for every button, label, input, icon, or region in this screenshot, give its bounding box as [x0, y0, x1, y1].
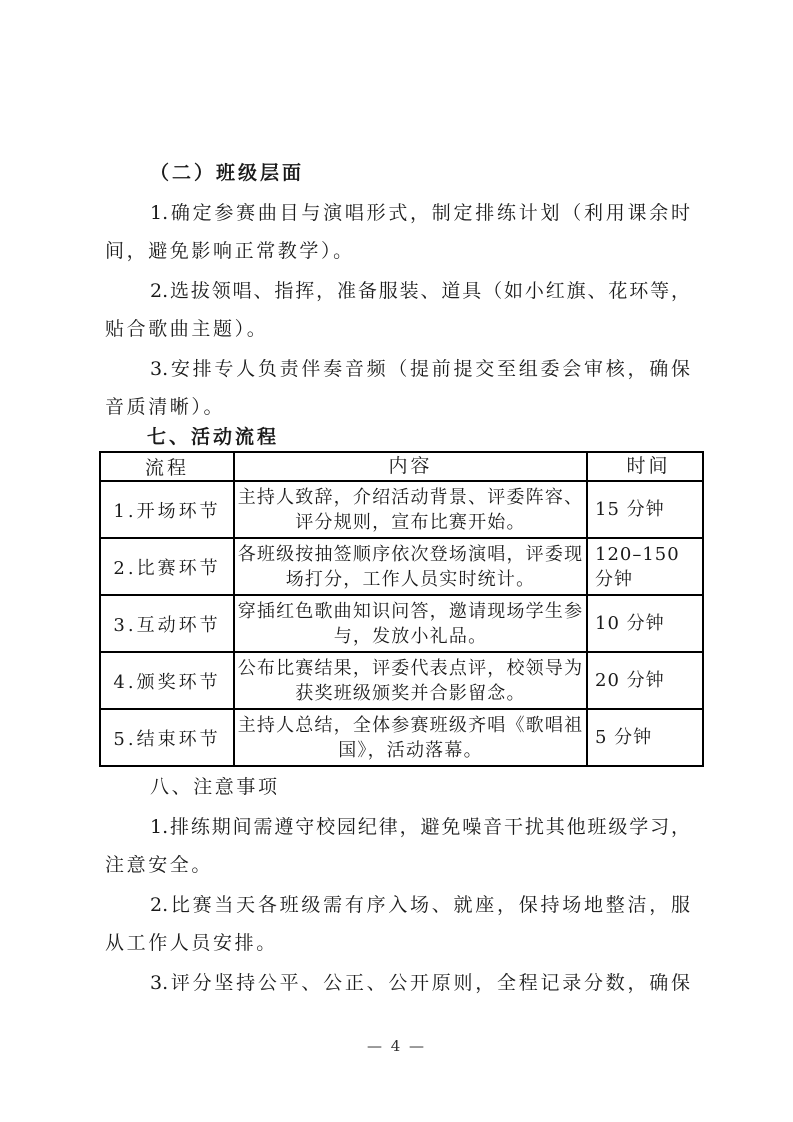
table-row: 5.结束环节 主持人总结，全体参赛班级齐唱《歌唱祖国》，活动落幕。 5 分钟	[100, 709, 703, 766]
content-cell: 主持人致辞，介绍活动背景、评委阵容、评分规则，宣布比赛开始。	[234, 481, 587, 538]
table-row: 3.互动环节 穿插红色歌曲知识问答，邀请现场学生参与，发放小礼品。 10 分钟	[100, 595, 703, 652]
content-cell: 穿插红色歌曲知识问答，邀请现场学生参与，发放小礼品。	[234, 595, 587, 652]
section-heading-notes: 八、注意事项	[150, 775, 280, 799]
column-header-time: 时间	[587, 452, 703, 481]
table-header-row: 流程 内容 时间	[100, 452, 703, 481]
time-cell: 10 分钟	[587, 595, 703, 652]
column-header-stage: 流程	[100, 452, 234, 481]
section-heading-activity-flow: 七、活动流程	[147, 425, 279, 449]
table-row: 2.比赛环节 各班级按抽签顺序依次登场演唱，评委现场打分，工作人员实时统计。 1…	[100, 538, 703, 595]
page-number: — 4 —	[0, 1037, 793, 1055]
activity-flow-table: 流程 内容 时间 1.开场环节 主持人致辞，介绍活动背景、评委阵容、评分规则，宣…	[99, 451, 704, 767]
note-item-1-line1: 1.排练期间需遵守校园纪律，避免噪音干扰其他班级学习，	[150, 815, 690, 839]
time-cell: 120–150 分钟	[587, 538, 703, 595]
content-cell: 各班级按抽签顺序依次登场演唱，评委现场打分，工作人员实时统计。	[234, 538, 587, 595]
class-item-3-line2: 音质清晰）。	[105, 395, 225, 419]
class-item-3-line1: 3.安排专人负责伴奏音频（提前提交至组委会审核，确保	[150, 357, 690, 381]
stage-cell: 1.开场环节	[100, 481, 234, 538]
class-item-2-line2: 贴合歌曲主题）。	[105, 317, 268, 341]
stage-cell: 3.互动环节	[100, 595, 234, 652]
table-row: 4.颁奖环节 公布比赛结果，评委代表点评，校领导为获奖班级颁奖并合影留念。 20…	[100, 652, 703, 709]
note-item-2-line1: 2.比赛当天各班级需有序入场、就座，保持场地整洁，服	[150, 893, 690, 917]
time-cell: 5 分钟	[587, 709, 703, 766]
stage-cell: 4.颁奖环节	[100, 652, 234, 709]
class-item-1-line1: 1.确定参赛曲目与演唱形式，制定排练计划（利用课余时	[150, 201, 690, 225]
class-item-1-line2: 间，避免影响正常教学）。	[105, 239, 355, 263]
time-cell: 15 分钟	[587, 481, 703, 538]
note-item-3-line1: 3.评分坚持公平、公正、公开原则，全程记录分数，确保	[150, 971, 690, 995]
note-item-2-line2: 从工作人员安排。	[105, 931, 278, 955]
stage-cell: 2.比赛环节	[100, 538, 234, 595]
note-item-1-line2: 注意安全。	[105, 853, 213, 877]
table-row: 1.开场环节 主持人致辞，介绍活动背景、评委阵容、评分规则，宣布比赛开始。 15…	[100, 481, 703, 538]
column-header-content: 内容	[234, 452, 587, 481]
document-page: （二）班级层面 1.确定参赛曲目与演唱形式，制定排练计划（利用课余时 间，避免影…	[0, 0, 793, 1122]
time-cell: 20 分钟	[587, 652, 703, 709]
section-heading-class-level: （二）班级层面	[150, 161, 304, 185]
class-item-2-line1: 2.选拔领唱、指挥，准备服装、道具（如小红旗、花环等，	[150, 279, 690, 303]
stage-cell: 5.结束环节	[100, 709, 234, 766]
content-cell: 公布比赛结果，评委代表点评，校领导为获奖班级颁奖并合影留念。	[234, 652, 587, 709]
content-cell: 主持人总结，全体参赛班级齐唱《歌唱祖国》，活动落幕。	[234, 709, 587, 766]
